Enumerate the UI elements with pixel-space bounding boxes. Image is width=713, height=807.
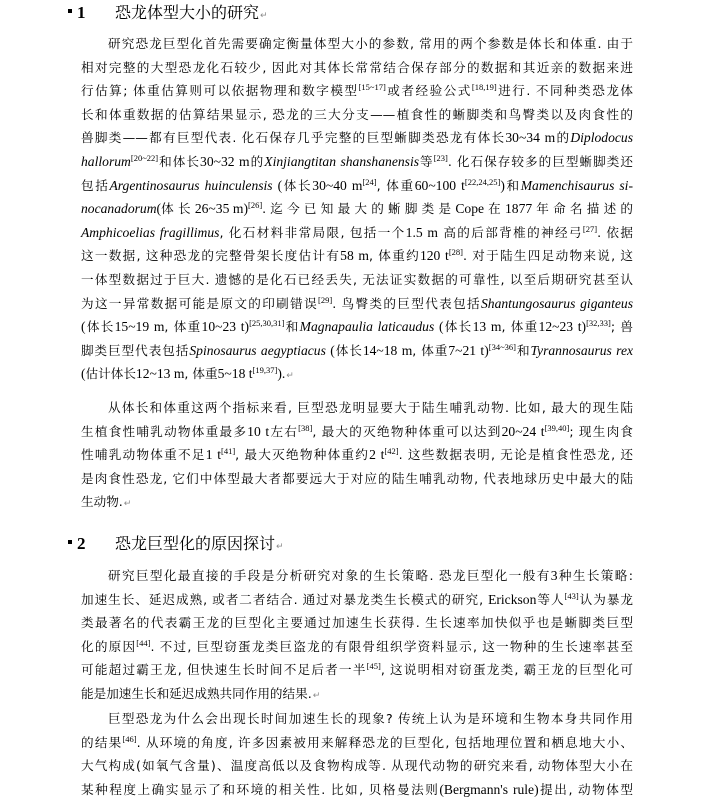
text-line: 兽脚类——都有巨型代表. 化石保存几乎完整的巨型蜥脚类恐龙有体长30~34 m的…	[81, 126, 633, 150]
text-line: 生植食性哺乳动物体重最多10 t左右[38], 最大的灭绝物种体重可以达到20~…	[81, 420, 633, 444]
paragraph: 研究恐龙巨型化首先需要确定衡量体型大小的参数, 常用的两个参数是体长和体重. 由…	[81, 32, 633, 386]
text-line: 化的原因[44]. 不过, 巨型窃蛋龙类巨盗龙的有限骨组织学资料显示, 这一物种…	[81, 635, 633, 659]
text-line: 可能超过霸王龙, 但快速生长时间不足后者一半[45], 这说明相对窃蛋龙类, 霸…	[81, 658, 633, 682]
text-line: 类最著名的代表霸王龙的巨型化主要通过加速生长获得. 生长速率加快似乎也是蜥脚类巨…	[81, 611, 633, 635]
text-line: nocanadorum(体 长 26~35 m)[26]. 迄 今 已 知 最 …	[81, 197, 633, 221]
paragraph-mark-icon: ↵	[260, 11, 268, 21]
text-line: (体长15~19 m, 体重10~23 t)[25,30,31]和Magnapa…	[81, 315, 633, 339]
paragraph-mark-icon: ↵	[124, 499, 132, 509]
section-title: 恐龙体型大小的研究	[115, 3, 259, 22]
section-number: 2	[77, 531, 115, 557]
paragraph-mark-icon: ↵	[286, 371, 294, 381]
text-line: 这一数据, 这种恐龙的完整骨架长度估计有58 m, 体重约120 t[28]. …	[81, 244, 633, 268]
text-line: 某种程度上确实显示了和环境的相关性. 比如, 贝格曼法则(Bergmann's …	[81, 778, 633, 802]
text-line: hallorum[20~22]和体长30~32 m的Xinjiangtitan …	[81, 150, 633, 174]
text-line: 能是加速生长和延迟成熟共同作用的结果.↵	[81, 682, 633, 706]
section-heading-2: 2恐龙巨型化的原因探讨↵	[68, 531, 284, 557]
heading-bullet-icon	[68, 540, 72, 544]
text-line: 一体型数据过于巨大. 遗憾的是化石已经丢失, 无法证实数据的可靠性, 以至后期研…	[81, 268, 633, 292]
text-line: 为这一异常数据可能是原文的印刷错误[29]. 鸟臀类的巨型代表包括Shantun…	[81, 292, 633, 316]
text-line: 脚类巨型代表包括Spinosaurus aegyptiacus (体长14~18…	[81, 339, 633, 363]
paragraph: 巨型恐龙为什么会出现长时间加速生长的现象? 传统上认为是环境和生物本身共同作用 …	[81, 707, 633, 801]
text-line: 长和体重数据的估算结果显示, 恐龙的三大分支——植食性的蜥脚类和鸟臀类以及肉食性…	[81, 103, 633, 127]
text-line: 包括Argentinosaurus huinculensis (体长30~40 …	[81, 174, 633, 198]
text-line: 行估算; 体重估算则可以依据物理和数字模型[15~17]或者经验公式[18,19…	[81, 79, 633, 103]
section-number: 1	[77, 0, 115, 26]
text-line: 是肉食性恐龙, 它们中体型最大者都要远大于对应的陆生哺乳动物, 代表地球历史中最…	[81, 467, 633, 491]
paragraph-mark-icon: ↵	[313, 691, 321, 701]
text-line: 相对完整的大型恐龙化石较少, 因此对其体长常常结合保存部分的数据和其近亲的数据来…	[81, 56, 633, 80]
text-line: 加速生长、延迟成熟, 或者二者结合. 通过对暴龙类生长模式的研究, Ericks…	[81, 588, 633, 612]
text-line: 从体长和体重这两个指标来看, 巨型恐龙明显要大于陆生哺乳动物. 比如, 最大的现…	[81, 396, 633, 420]
text-line: 研究恐龙巨型化首先需要确定衡量体型大小的参数, 常用的两个参数是体长和体重. 由…	[81, 32, 633, 56]
text-line: 的结果[46]. 从环境的角度, 许多因素被用来解释恐龙的巨型化, 包括地理位置…	[81, 731, 633, 755]
paragraph: 从体长和体重这两个指标来看, 巨型恐龙明显要大于陆生哺乳动物. 比如, 最大的现…	[81, 396, 633, 514]
text-line: 生动物.↵	[81, 490, 633, 514]
paragraph: 研究巨型化最直接的手段是分析研究对象的生长策略. 恐龙巨型化一般有3种生长策略:…	[81, 564, 633, 706]
heading-bullet-icon	[68, 9, 72, 13]
section-title: 恐龙巨型化的原因探讨	[115, 534, 275, 553]
text-line: Amphicoelias fragillimus, 化石材料非常局限, 包括一个…	[81, 221, 633, 245]
paragraph-mark-icon: ↵	[276, 542, 284, 552]
text-line: 大气构成(如氧气含量)、温度高低以及食物构成等. 从现代动物的研究来看, 动物体…	[81, 754, 633, 778]
text-line: 研究巨型化最直接的手段是分析研究对象的生长策略. 恐龙巨型化一般有3种生长策略:	[81, 564, 633, 588]
text-line: 巨型恐龙为什么会出现长时间加速生长的现象? 传统上认为是环境和生物本身共同作用	[81, 707, 633, 731]
text-line: 性哺乳动物体重不足1 t[41], 最大灭绝物种体重约2 t[42]. 这些数据…	[81, 443, 633, 467]
text-line: (估计体长12~13 m, 体重5~18 t[19,37]).↵	[81, 362, 633, 386]
section-heading-1: 1恐龙体型大小的研究↵	[68, 0, 268, 26]
document-page: 1恐龙体型大小的研究↵ 研究恐龙巨型化首先需要确定衡量体型大小的参数, 常用的两…	[0, 0, 713, 807]
